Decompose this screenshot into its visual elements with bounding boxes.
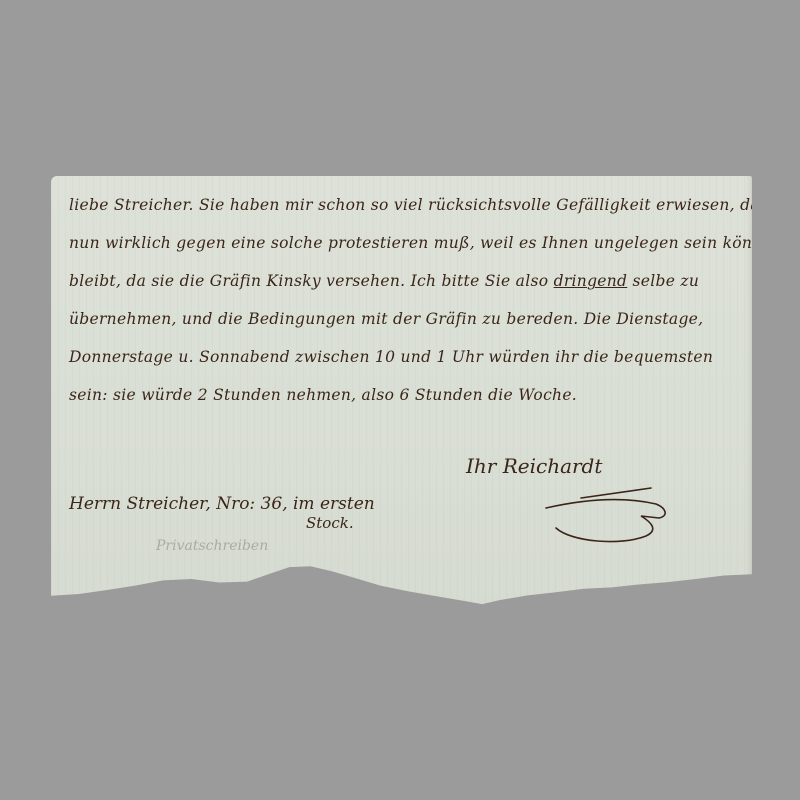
address-line-2: Stock.: [306, 514, 354, 532]
letter-line-3: bleibt, da sie die Gräfin Kinsky versehe…: [69, 272, 699, 290]
letter-paper: liebe Streicher. Sie haben mir schon so …: [51, 176, 752, 616]
signature: Ihr Reichardt: [466, 454, 602, 478]
scan-background: liebe Streicher. Sie haben mir schon so …: [0, 0, 800, 800]
address-line-1: Herrn Streicher, Nro: 36, im ersten: [69, 494, 375, 514]
signature-flourish-icon: [541, 486, 681, 546]
underlined-word: dringend: [554, 272, 628, 290]
letter-line-1: liebe Streicher. Sie haben mir schon so …: [69, 196, 800, 214]
letter-line-6: sein: sie würde 2 Stunden nehmen, also 6…: [69, 386, 577, 404]
letter-line-5: Donnerstage u. Sonnabend zwischen 10 und…: [69, 348, 713, 366]
letter-line-3-text: bleibt, da sie die Gräfin Kinsky versehe…: [69, 272, 548, 290]
letter-line-2: nun wirklich gegen eine solche protestie…: [69, 234, 778, 252]
letter-line-3-tail: selbe zu: [633, 272, 700, 290]
pencil-annotation: Privatschreiben: [156, 538, 268, 554]
letter-line-4: übernehmen, und die Bedingungen mit der …: [69, 310, 703, 328]
